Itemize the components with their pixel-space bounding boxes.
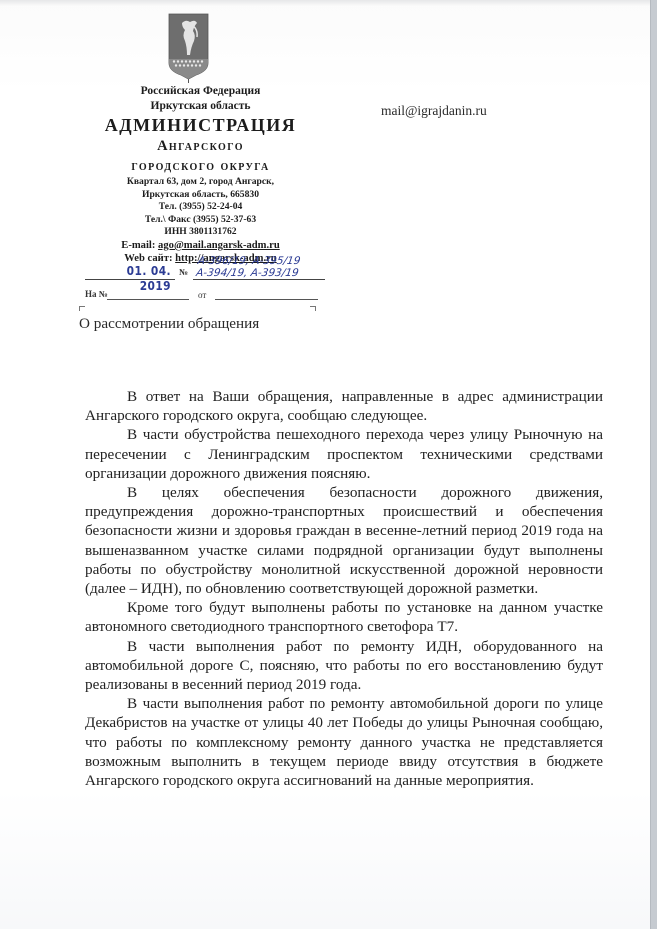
registration-numbers-handwritten: А-396/19, А-395/19 А-394/19, А-393/19 bbox=[195, 255, 338, 279]
body-paragraph: В ответ на Ваши обращения, направленные … bbox=[85, 387, 603, 425]
scan-top-shadow bbox=[0, 0, 650, 6]
number-label: № bbox=[179, 267, 188, 277]
inn: ИНН 3801131762 bbox=[78, 226, 323, 239]
reference-from-label: от bbox=[198, 290, 206, 300]
body-paragraph: В части выполнения работ по ремонту ИДН,… bbox=[85, 637, 603, 695]
registration-numbers-line2: А-394/19, А-393/19 bbox=[195, 267, 337, 279]
recipient-email: mail@igrajdanin.ru bbox=[381, 103, 487, 119]
registration-line: 01. 04. 2019 № А-396/19, А-395/19 А-394/… bbox=[85, 259, 330, 281]
country-name: Российская Федерация bbox=[78, 84, 323, 99]
address-line1: Квартал 63, дом 2, город Ангарск, bbox=[78, 176, 323, 189]
reference-number-label: На № bbox=[85, 289, 108, 299]
subject-bracket-right bbox=[310, 306, 316, 311]
reference-number-field bbox=[107, 299, 189, 300]
date-underline bbox=[85, 279, 175, 280]
fax: Тел.\ Факс (3955) 52-37-63 bbox=[78, 214, 323, 227]
body-paragraph: Кроме того будут выполнены работы по уст… bbox=[85, 598, 603, 636]
region-name: Иркутская область bbox=[78, 99, 323, 114]
email-line: E-mail: ago@mail.angarsk-adm.ru bbox=[78, 239, 323, 253]
number-underline bbox=[193, 279, 325, 280]
phone: Тел. (3955) 52-24-04 bbox=[78, 201, 323, 214]
document-page: Российская Федерация Иркутская область А… bbox=[0, 0, 650, 929]
org-title: АДМИНИСТРАЦИЯ bbox=[78, 115, 323, 136]
letterhead: Российская Федерация Иркутская область А… bbox=[78, 84, 323, 266]
registration-numbers-line1: А-396/19, А-395/19 bbox=[197, 255, 339, 267]
body-paragraph: В части выполнения работ по ремонту авто… bbox=[85, 694, 603, 790]
page-edge-strip bbox=[650, 0, 657, 929]
body-paragraph: В целях обеспечения безопасности дорожно… bbox=[85, 483, 603, 598]
email-label: E-mail: bbox=[121, 240, 158, 251]
letter-subject: О рассмотрении обращения bbox=[79, 315, 259, 333]
body-paragraph: В части обустройства пешеходного переход… bbox=[85, 425, 603, 483]
org-name-line3: городского округа bbox=[78, 156, 323, 176]
reference-date-field bbox=[215, 299, 318, 300]
address-line2: Иркутская область, 665830 bbox=[78, 189, 323, 202]
email-link[interactable]: ago@mail.angarsk-adm.ru bbox=[158, 240, 280, 251]
reference-line: На № от bbox=[85, 289, 335, 303]
coat-of-arms-icon bbox=[168, 13, 209, 83]
org-name-line2: Ангарского bbox=[78, 136, 323, 156]
subject-bracket-left bbox=[79, 306, 85, 311]
letter-body: В ответ на Ваши обращения, направленные … bbox=[85, 387, 603, 790]
